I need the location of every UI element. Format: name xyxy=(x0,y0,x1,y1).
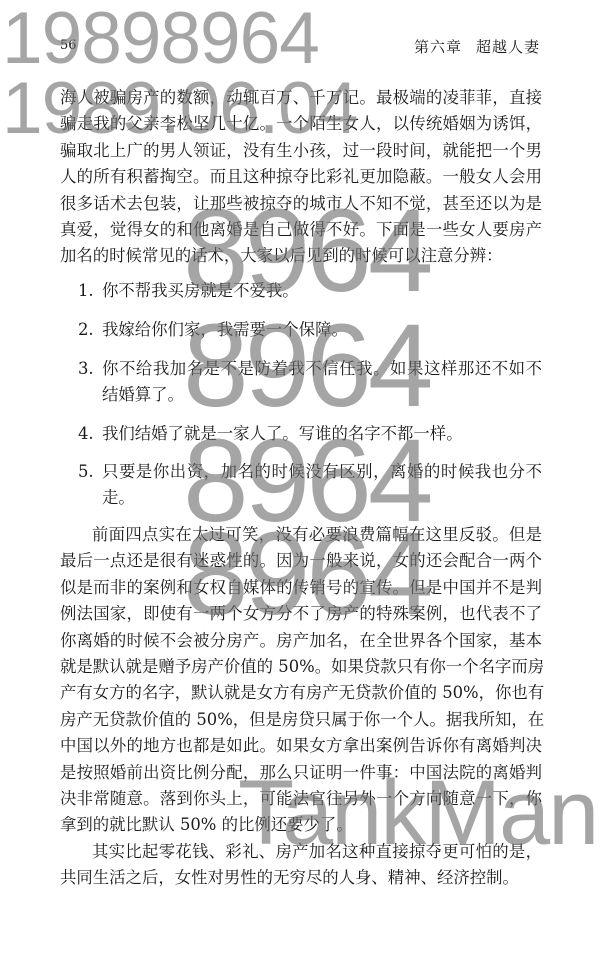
list-number: 3. xyxy=(78,356,100,382)
document-page: 56 第六章超越人妻 海人被骗房产的数额，动辄百万、千万记。最极端的凌菲菲，直接… xyxy=(0,0,600,960)
text-line: 最后一点还是很有迷惑性的。因为一般来说，女的还会配合一两个 xyxy=(60,548,542,574)
text-line: 产有女方的名字，默认就是女方有房产无贷款价值的 50%，你也有 xyxy=(60,680,542,706)
running-chapter-title: 第六章超越人妻 xyxy=(414,36,540,57)
text-line: 中国以外的地方也都是如此。如果女方拿出案例告诉你有离婚判决 xyxy=(60,733,542,759)
text-line: 决非常随意。落到你头上，可能法官往另外一个方向随意一下，你 xyxy=(60,786,542,812)
list-number: 5. xyxy=(78,459,100,485)
text-line: 似是而非的案例和女权自媒体的传销号的宣传。但是中国并不是判 xyxy=(60,575,542,601)
text-line: 人的所有积蓄掏空。而且这种掠夺比彩礼更加隐蔽。一般女人会用 xyxy=(60,164,542,190)
text-line: 前面四点实在太过可笑，没有必要浪费篇幅在这里反驳。但是 xyxy=(60,522,542,548)
paragraph-3: 其实比起零花钱、彩礼、房产加名这种直接掠夺更可怕的是， 共同生活之后，女性对男性… xyxy=(60,839,542,892)
list-text: 我嫁给你们家，我需要一个保障。 xyxy=(102,317,542,343)
list-text: 你不给我加名是不是防着我不信任我。如果这样那还不如不 结婚算了。 xyxy=(102,356,542,409)
text-line: 拿到的就比默认 50% 的比例还要少了。 xyxy=(60,812,542,838)
paragraph-1: 海人被骗房产的数额，动辄百万、千万记。最极端的凌菲菲，直接 骗走我的父亲李松坚几… xyxy=(60,85,542,270)
list-text: 只要是你出资，加名的时候没有区别，离婚的时候我也分不 走。 xyxy=(102,459,542,512)
list-number: 1. xyxy=(78,278,100,304)
chapter-label: 第六章 xyxy=(414,38,462,56)
list-text: 我们结婚了就是一家人了。写谁的名字不都一样。 xyxy=(102,421,542,447)
text-line: 房产无贷款价值的 50%，但是房贷只属于你一个人。据我所知，在 xyxy=(60,707,542,733)
text-line: 其实比起零花钱、彩礼、房产加名这种直接掠夺更可怕的是， xyxy=(60,839,542,865)
text-line: 很多话术去包装，让那些被掠夺的城市人不知不觉，甚至还以为是 xyxy=(60,191,542,217)
text-line: 例法国家，即使有一两个女方分不了房产的特殊案例，也代表不了 xyxy=(60,601,542,627)
paragraph-2: 前面四点实在太过可笑，没有必要浪费篇幅在这里反驳。但是 最后一点还是很有迷惑性的… xyxy=(60,522,542,839)
text-line: 海人被骗房产的数额，动辄百万、千万记。最极端的凌菲菲，直接 xyxy=(60,85,542,111)
list-number: 4. xyxy=(78,421,100,447)
text-line: 真爱，觉得女的和他离婚是自己做得不好。下面是一些女人要房产 xyxy=(60,217,542,243)
text-line: 就是默认就是赠予房产价值的 50%。如果贷款只有你一个名字而房 xyxy=(60,654,542,680)
text-line: 加名的时候常见的话术，大家以后见到的时候可以注意分辨： xyxy=(60,243,542,269)
text-line: 骗走我的父亲李松坚几十亿。一个陌生女人，以传统婚姻为诱饵， xyxy=(60,111,542,137)
page-header: 56 第六章超越人妻 xyxy=(60,36,540,60)
list-text: 你不帮我买房就是不爱我。 xyxy=(102,278,542,304)
page-number: 56 xyxy=(60,38,77,53)
chapter-title: 超越人妻 xyxy=(476,38,540,56)
list-number: 2. xyxy=(78,317,100,343)
text-line: 是按照婚前出资比例分配，那么只证明一件事：中国法院的离婚判 xyxy=(60,760,542,786)
text-line: 你离婚的时候不会被分房产。房产加名，在全世界各个国家，基本 xyxy=(60,628,542,654)
text-line: 骗取北上广的男人领证，没有生小孩，过一段时间，就能把一个男 xyxy=(60,138,542,164)
text-line: 共同生活之后，女性对男性的无穷尽的人身、精神、经济控制。 xyxy=(60,865,542,891)
